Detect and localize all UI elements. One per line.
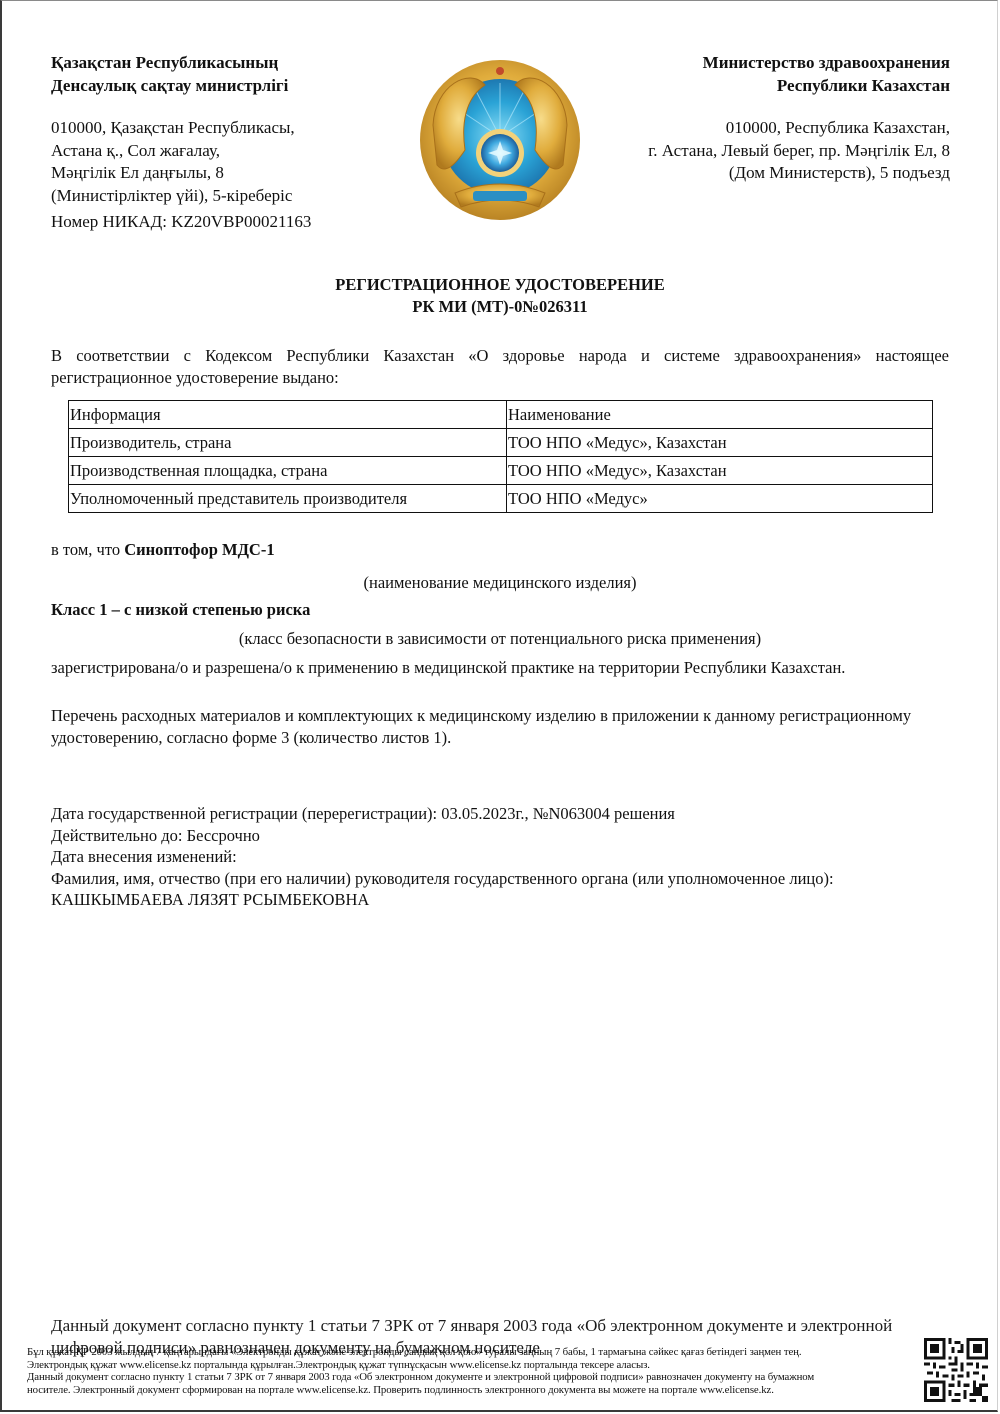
ministry-name-ru-line-1: Министерство здравоохранения (570, 52, 950, 75)
table-header-row: Информация Наименование (69, 401, 933, 429)
table-header-cell: Наименование (507, 401, 933, 429)
footer-line-2: Электрондық құжат www.elicense.kz портал… (27, 1359, 917, 1372)
qr-code-icon (924, 1338, 988, 1402)
table-row: Уполномоченный представитель производите… (69, 485, 933, 513)
table-row: Производитель, страна ТОО НПО «Медус», К… (69, 429, 933, 457)
table-header-cell: Информация (69, 401, 507, 429)
header-right-russian: Министерство здравоохранения Республики … (570, 52, 950, 185)
ministry-address-ru: 010000, Республика Казахстан, г. Астана,… (570, 117, 950, 185)
footer-small-print: Бұл құжат ҚР 2003 жылдың 7 қаңтарындағы … (27, 1346, 917, 1396)
device-name: Синоптофор МДС-1 (124, 540, 274, 559)
header-left-kazakh: Қазақстан Республикасының Денсаулық сақт… (51, 52, 391, 234)
address-ru-line-2: г. Астана, Левый берег, пр. Мәңгілік Ел,… (570, 140, 950, 163)
ministry-address-kz: 010000, Қазақстан Республикасы, Астана қ… (51, 117, 391, 207)
device-line: в том, что Синоптофор МДС-1 (51, 539, 275, 561)
risk-class: Класс 1 – с низкой степенью риска (51, 599, 310, 621)
address-kz-line-4: (Министірліктер үйі), 5-кіреберіс (51, 185, 391, 208)
info-table: Информация Наименование Производитель, с… (68, 400, 933, 513)
registration-date: Дата государственной регистрации (перере… (51, 803, 931, 825)
intro-paragraph: В соответствии с Кодексом Республики Каз… (51, 345, 949, 388)
address-ru-line-1: 010000, Республика Казахстан, (570, 117, 950, 140)
footer-line-3: Данный документ согласно пункту 1 статьи… (27, 1371, 917, 1384)
changes-date: Дата внесения изменений: (51, 846, 931, 868)
nikad-number: Номер НИКАД: KZ20VBP00021163 (51, 211, 391, 234)
head-of-agency: Фамилия, имя, отчество (при его наличии)… (51, 868, 931, 911)
risk-class-caption: (класс безопасности в зависимости от пот… (0, 628, 1000, 650)
table-row: Производственная площадка, страна ТОО НП… (69, 457, 933, 485)
registration-meta: Дата государственной регистрации (перере… (51, 803, 931, 911)
address-ru-line-3: (Дом Министерств), 5 подъезд (570, 162, 950, 185)
footer-line-4: носителе. Электронный документ сформиров… (27, 1384, 917, 1397)
ministry-name-kz: Қазақстан Республикасының Денсаулық сақт… (51, 52, 391, 97)
document-title-block: РЕГИСТРАЦИОННОЕ УДОСТОВЕРЕНИЕ РК МИ (МТ)… (0, 274, 1000, 318)
document-title: РЕГИСТРАЦИОННОЕ УДОСТОВЕРЕНИЕ (0, 274, 1000, 296)
valid-until: Действительно до: Бессрочно (51, 825, 931, 847)
table-cell: ТОО НПО «Медус», Казахстан (507, 429, 933, 457)
address-kz-line-1: 010000, Қазақстан Республикасы, (51, 117, 391, 140)
table-cell: Уполномоченный представитель производите… (69, 485, 507, 513)
table-cell: Производитель, страна (69, 429, 507, 457)
consumables-paragraph: Перечень расходных материалов и комплект… (51, 705, 931, 748)
ministry-name-kz-line-2: Денсаулық сақтау министрлігі (51, 75, 391, 98)
device-prefix: в том, что (51, 540, 124, 559)
table-cell: ТОО НПО «Медус» (507, 485, 933, 513)
table-cell: ТОО НПО «Медус», Казахстан (507, 457, 933, 485)
device-caption: (наименование медицинского изделия) (0, 572, 1000, 594)
ministry-name-kz-line-1: Қазақстан Республикасының (51, 52, 391, 75)
footer-line-1: Бұл құжат ҚР 2003 жылдың 7 қаңтарындағы … (27, 1346, 917, 1359)
state-emblem-icon (415, 55, 585, 225)
certificate-number: РК МИ (МТ)-0№026311 (0, 296, 1000, 318)
address-kz-line-2: Астана қ., Сол жағалау, (51, 140, 391, 163)
address-kz-line-3: Мәңгілік Ел даңғылы, 8 (51, 162, 391, 185)
ministry-name-ru-line-2: Республики Казахстан (570, 75, 950, 98)
table-cell: Производственная площадка, страна (69, 457, 507, 485)
registered-paragraph: зарегистрирована/о и разрешена/о к приме… (51, 657, 931, 679)
ministry-name-ru: Министерство здравоохранения Республики … (570, 52, 950, 97)
